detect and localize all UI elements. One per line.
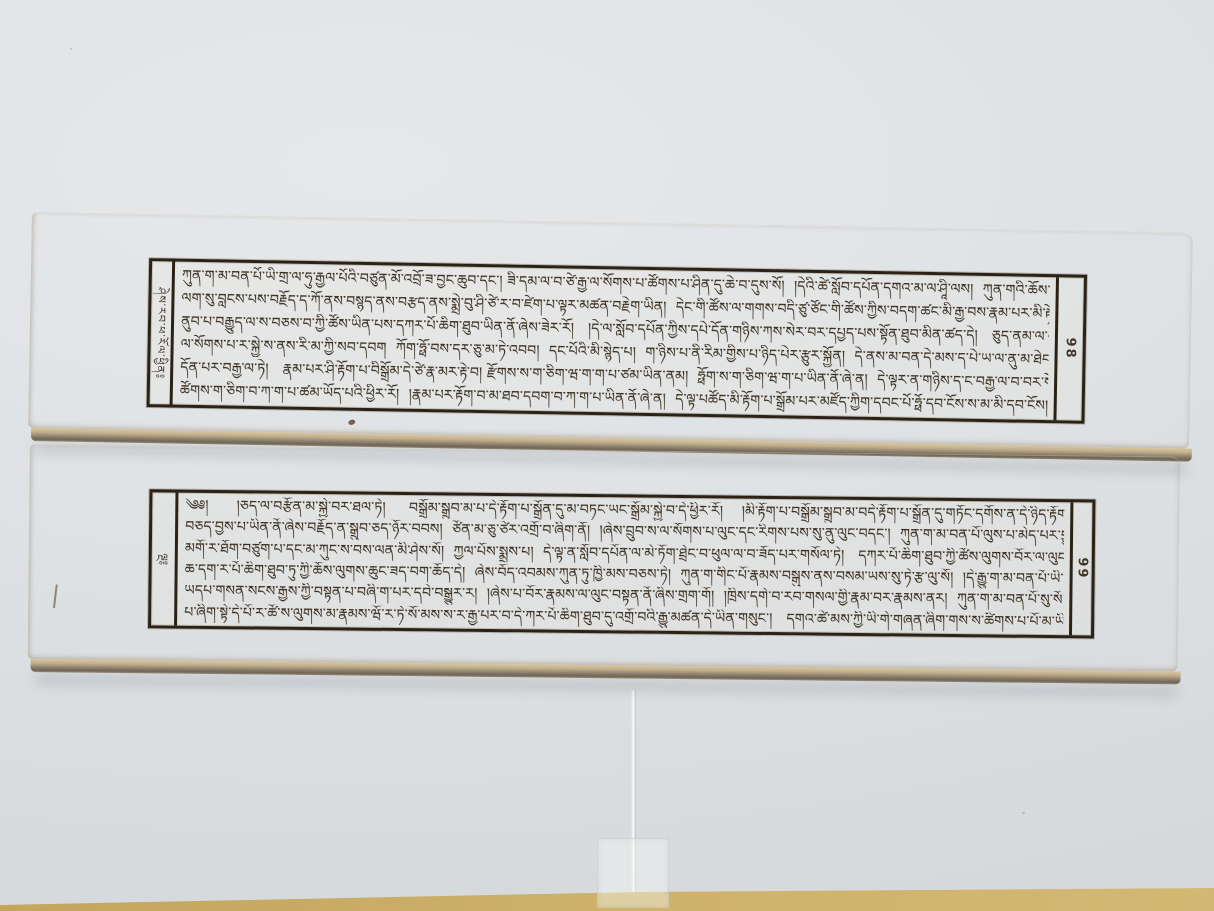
ink-speck <box>348 419 356 426</box>
dust-speck <box>70 48 72 50</box>
margin-compartment: ཕ ལྔ༔ ལྔ༔ <box>151 492 178 625</box>
page-number-compartment: 98 <box>1053 277 1084 420</box>
text-block: ༄༅། །ཅད་ལ་བརྩོན་མ་སྐྱེ་བར་ཐལ་ཏེ། བསྒྲོམ་… <box>177 493 1070 636</box>
printed-frame: ཤེས་རབ་ཕ་རོལ་ཕྱིན༔ ཀུན་ག་མ་བན་པོ་ཡི་གྲ་ལ… <box>147 258 1088 424</box>
margin-sub-label: ལྔ༔ <box>151 553 178 565</box>
photo-scene: ཤེས་རབ་ཕ་རོལ་ཕྱིན༔ ཀུན་ག་མ་བན་པོ་ཡི་གྲ་ལ… <box>0 0 1214 911</box>
pecha-leaf-99: ཕ ལྔ༔ ལྔ༔ ༄༅། །ཅད་ལ་བརྩོན་མ་སྐྱེ་བར་ཐལ་ཏ… <box>28 444 1180 671</box>
tape-piece <box>597 838 669 908</box>
printed-frame: ཕ ལྔ༔ ལྔ༔ ༄༅། །ཅད་ལ་བརྩོན་མ་སྐྱེ་བར་ཐལ་ཏ… <box>148 489 1095 638</box>
margin-label: ཕ ལྔ༔ ལྔ༔ <box>151 544 178 575</box>
page-number: 98 <box>1064 338 1077 360</box>
leaf-stack-edge <box>31 659 1181 684</box>
margin-compartment: ཤེས་རབ་ཕ་རོལ་ཕྱིན༔ <box>150 261 176 404</box>
page-number-compartment: 99 <box>1069 502 1092 635</box>
pecha-leaf-98: ཤེས་རབ་ཕ་རོལ་ཕྱིན༔ ཀུན་ག་མ་བན་པོ་ཡི་གྲ་ལ… <box>28 212 1193 449</box>
margin-label: ཤེས་རབ་ཕ་རོལ་ཕྱིན༔ <box>155 287 168 379</box>
dust-speck <box>1022 812 1025 814</box>
scratch-mark <box>53 584 58 608</box>
page-number: 99 <box>1076 558 1089 580</box>
text-block: ཀུན་ག་མ་བན་པོ་ཡི་གྲ་ལ་ཧུ་རྒྱལ་པོའི་བཙུན་… <box>173 262 1056 421</box>
